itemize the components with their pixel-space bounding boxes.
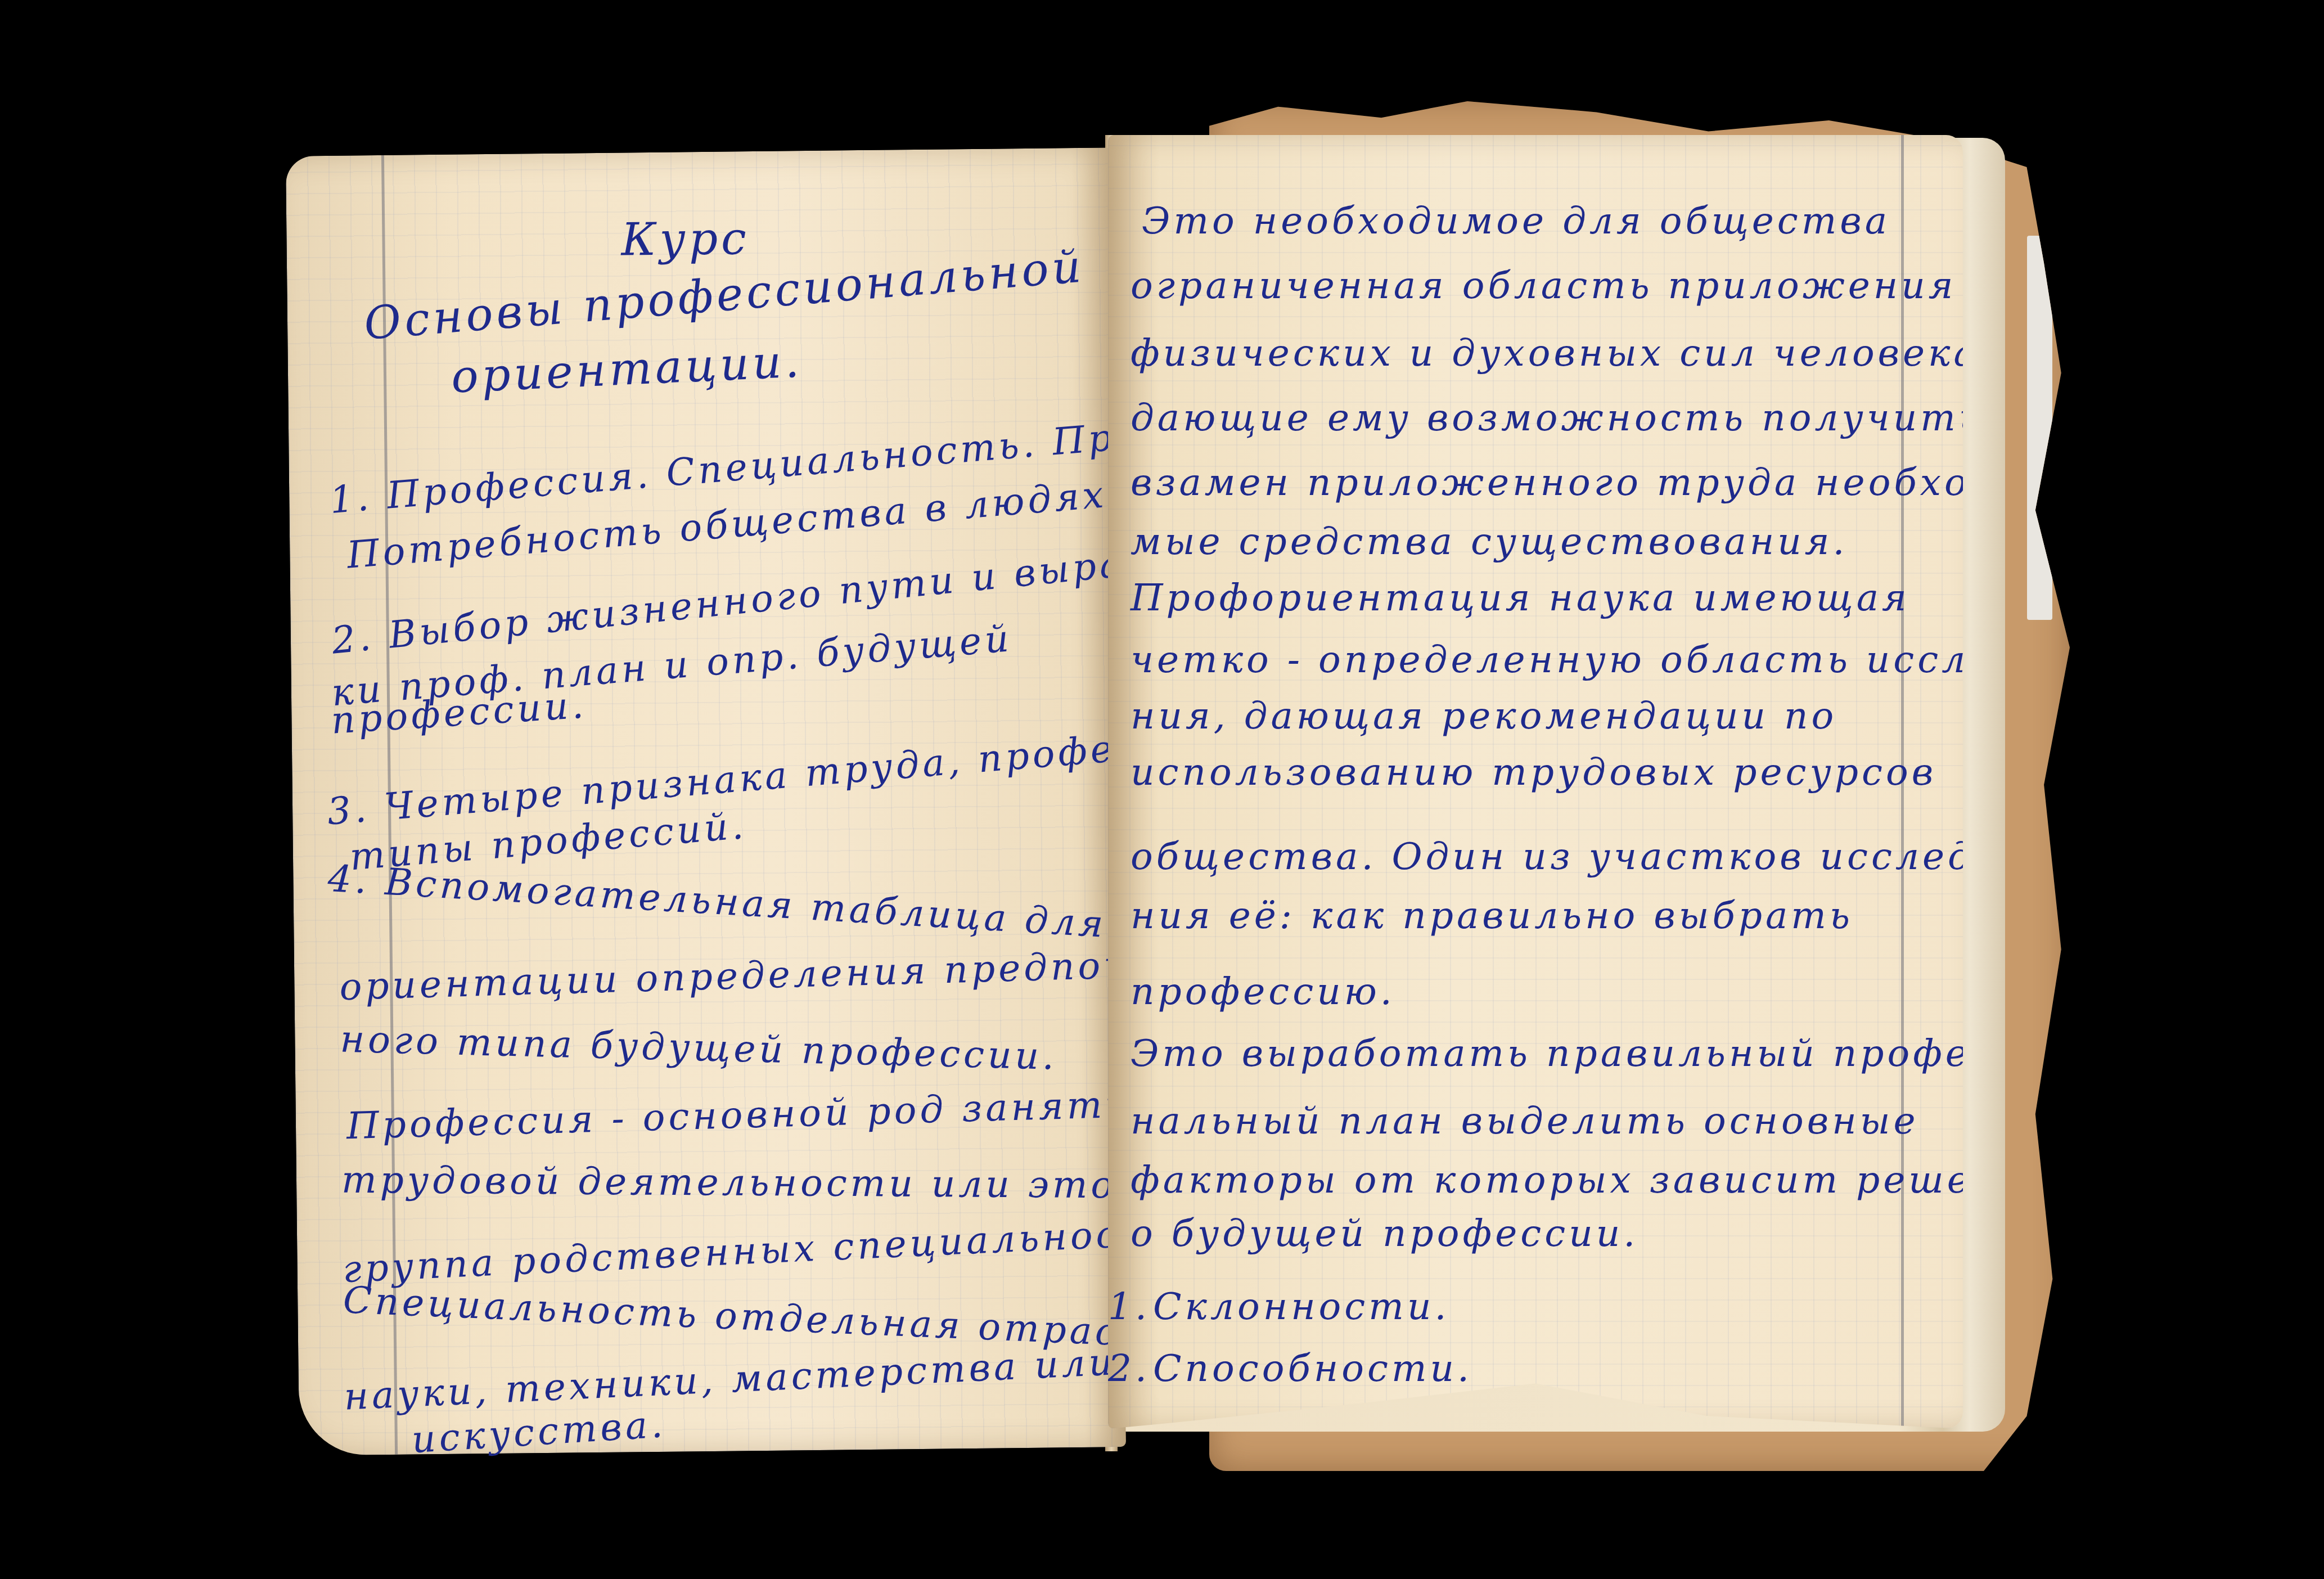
right-line-17: о будущей профессии. — [1131, 1215, 1638, 1252]
right-line-2: ограниченная область приложения — [1131, 267, 1956, 304]
left-line-6: 3. Четыре признака труда, професси — [326, 724, 1192, 830]
course-title-line-2: ориентации. — [450, 339, 803, 399]
left-line-11: Профессия - основной род занятий — [346, 1085, 1160, 1145]
list-item-2-number: 2. — [1108, 1350, 1150, 1387]
left-line-15: науки, техники, мастерства или — [343, 1343, 1117, 1415]
right-line-11: общества. Один из участков исследова- — [1131, 838, 2067, 875]
left-line-13: группа родственных специальностей. — [342, 1211, 1227, 1288]
right-line-16: факторы от которых зависит решение — [1131, 1162, 2053, 1199]
photo-scene: Курс Основы профессиональной ориентации.… — [0, 0, 2324, 1579]
right-line-13: профессию. — [1131, 973, 1395, 1010]
right-line-15: нальный план выделить основные — [1131, 1103, 1919, 1140]
right-line-5: взамен приложенного труда необходи- — [1131, 464, 2040, 501]
right-line-9: ния, дающая рекомендации по — [1131, 698, 1837, 735]
list-item-2-text: Способности. — [1153, 1350, 1472, 1387]
left-page: Курс Основы профессиональной ориентации.… — [286, 147, 1126, 1455]
right-line-4: дающие ему возможность получить — [1131, 399, 1983, 437]
list-item-1-text: Склонности. — [1153, 1288, 1449, 1325]
right-page: Это необходимое для общества ограниченна… — [1108, 135, 1963, 1429]
left-line-8: 4. Вспомогательная таблица для — [327, 860, 1107, 943]
right-line-6: мые средства существования. — [1131, 523, 1848, 560]
left-line-10: ного типа будущей профессии. — [340, 1021, 1058, 1076]
right-line-10: использованию трудовых ресурсов — [1131, 754, 1936, 791]
course-heading: Курс — [621, 216, 750, 262]
right-line-1: Это необходимое для общества — [1142, 203, 1890, 240]
right-line-7: Профориентация наука имеющая — [1131, 579, 1910, 617]
left-line-14: Специальность отдельная отрасль — [343, 1281, 1171, 1353]
left-line-12: трудовой деятельности или это — [341, 1162, 1116, 1204]
list-item-1-number: 1. — [1108, 1288, 1150, 1325]
right-line-3: физических и духовных сил человека — [1131, 335, 1979, 372]
right-line-12: ния её: как правильно выбрать — [1131, 897, 1853, 934]
right-line-14: Это выработать правильный профессио- — [1131, 1035, 2088, 1072]
